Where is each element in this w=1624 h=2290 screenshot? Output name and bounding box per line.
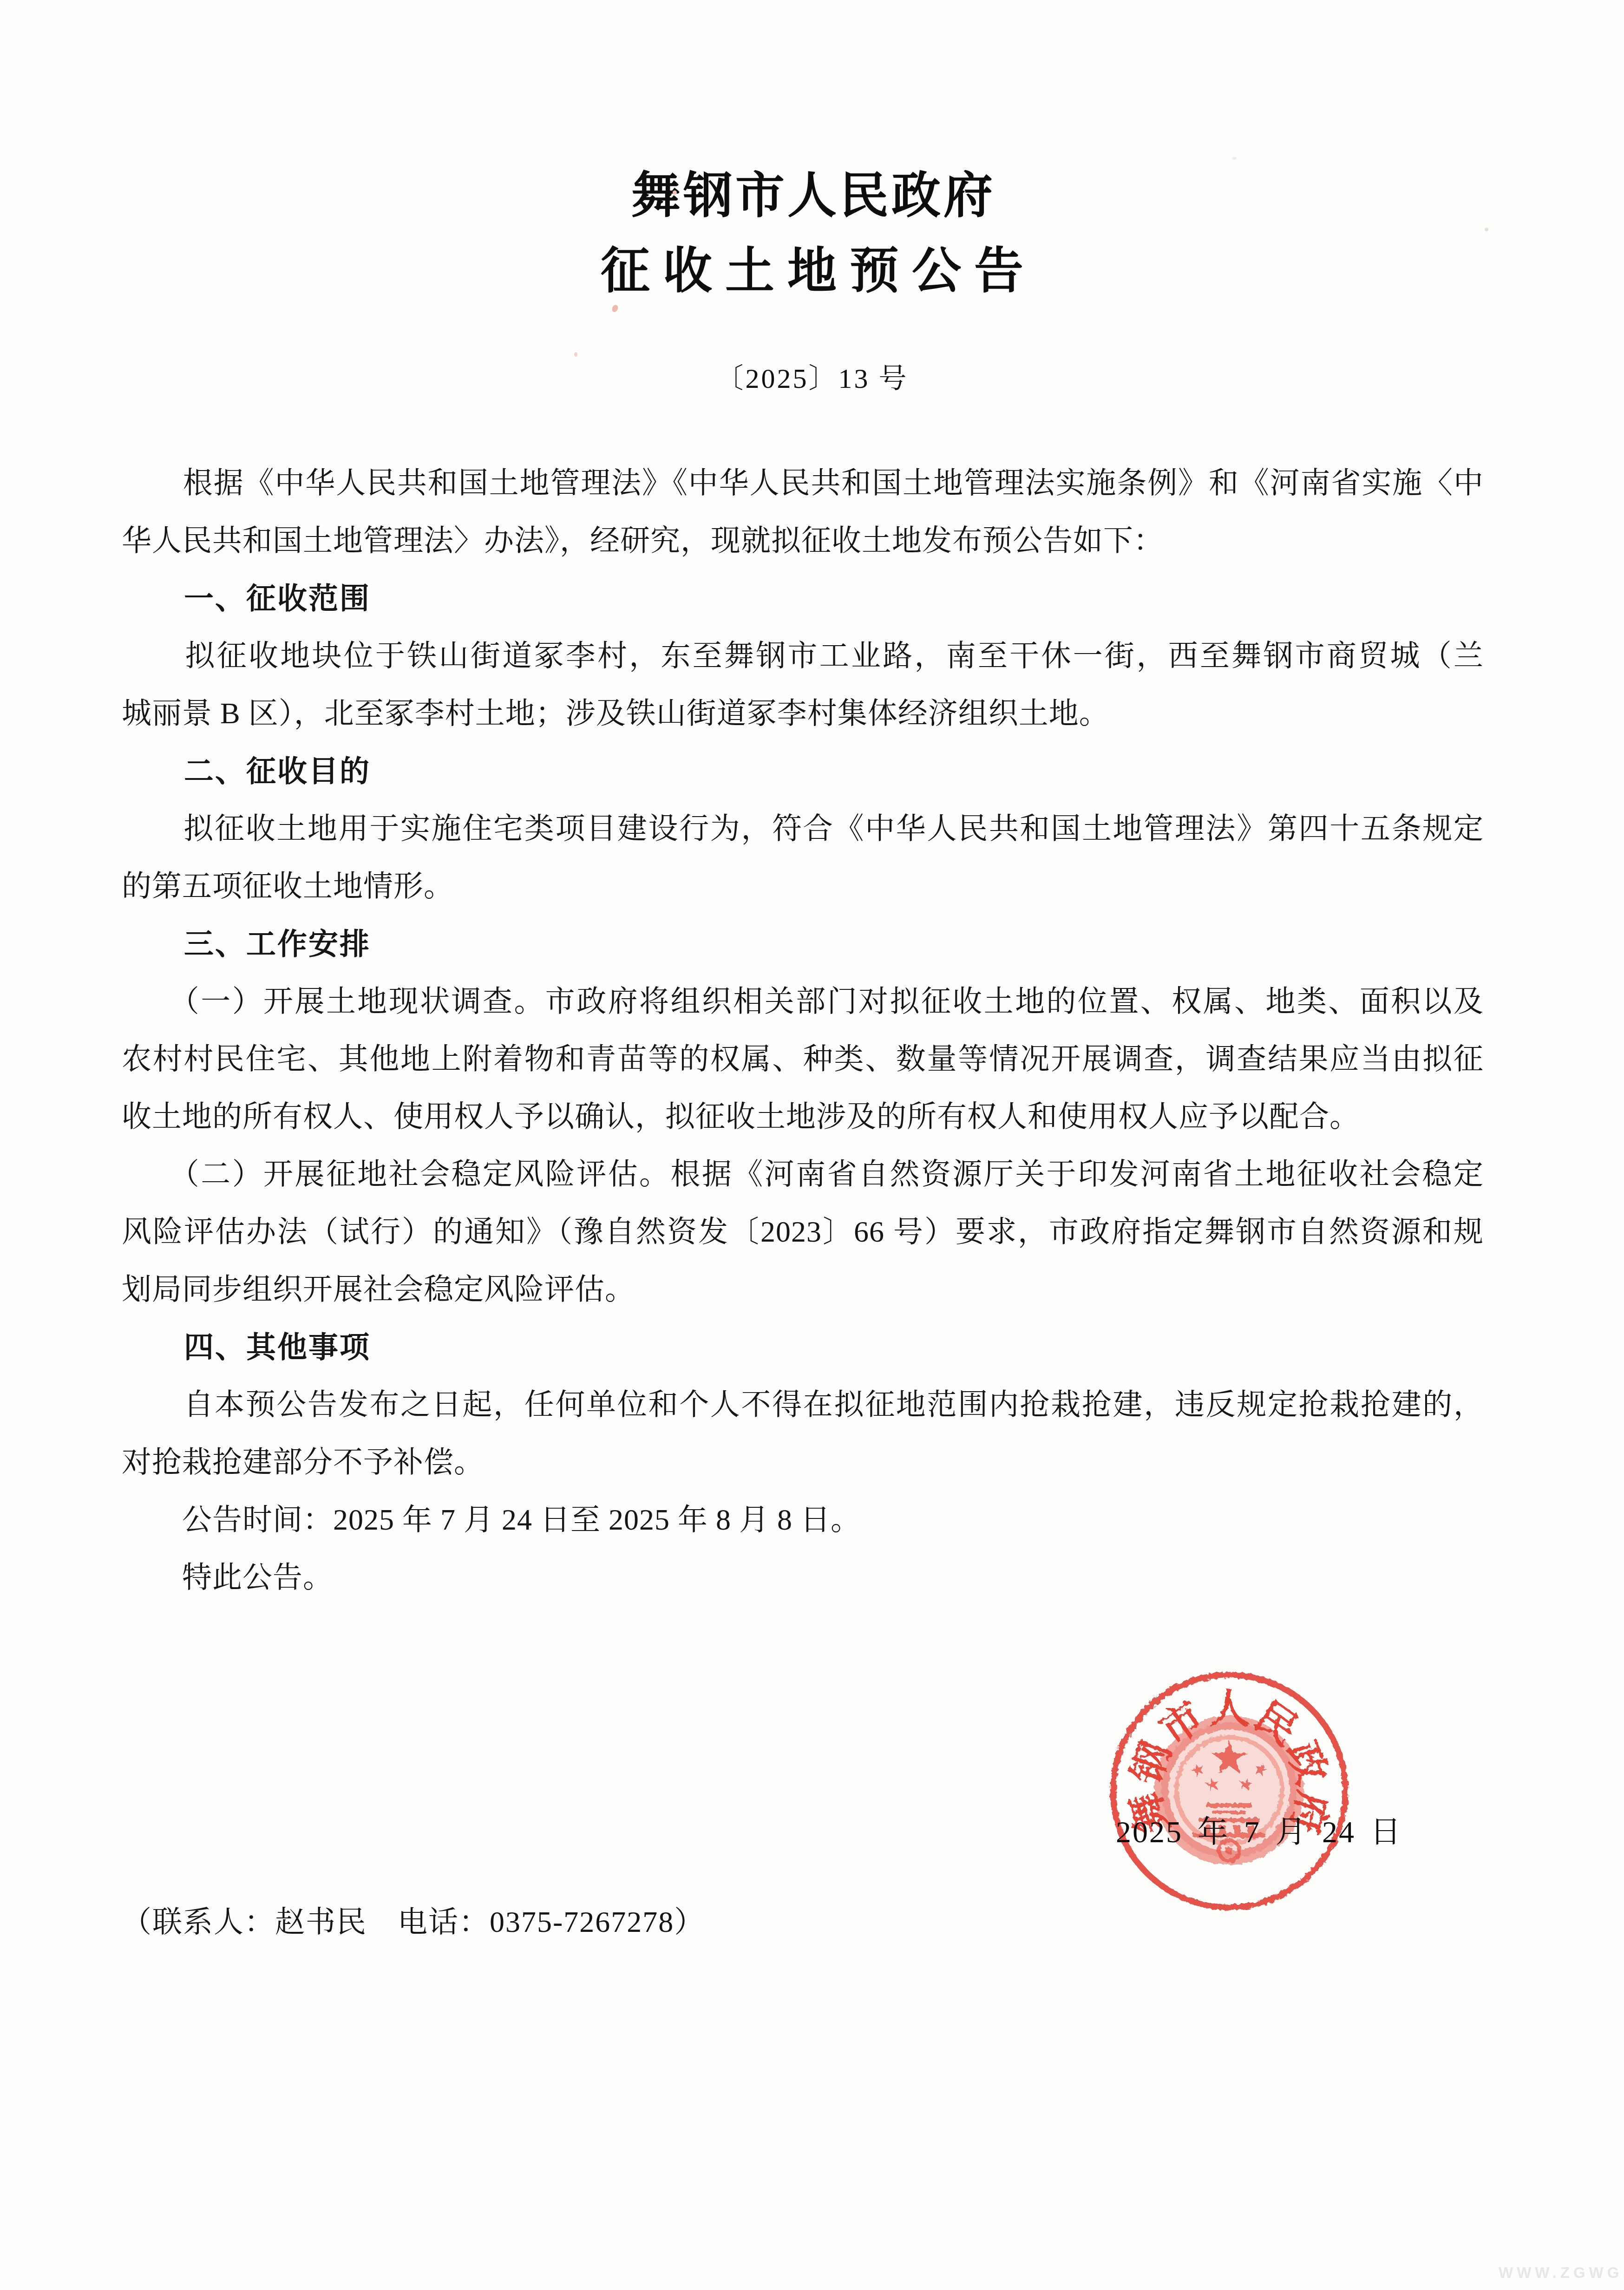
body-line: 的第五项征收土地情形。: [122, 857, 1484, 915]
body-line: 划局同步组织开展社会稳定风险评估。: [122, 1261, 1484, 1318]
issue-date: 2025 年 7 月 24 日: [1116, 1815, 1402, 1850]
page-title: 舞钢市人民政府: [0, 164, 1624, 229]
official-seal: 舞钢市人民政府: [1106, 1668, 1353, 1915]
website-watermark: WWW.ZGWG.GOV.CN: [1499, 2264, 1624, 2282]
page-subtitle: 征收土地预公告: [0, 239, 1624, 304]
scan-speck: [1485, 228, 1488, 231]
section-heading: 四、其他事项: [122, 1318, 1484, 1376]
body-line: 特此公告。: [122, 1549, 1484, 1606]
contact-info: （联系人：赵书民 电话：0375-7267278）: [122, 1893, 705, 1951]
scan-speck: [673, 190, 677, 195]
body-line: 城丽景 B 区），北至冢李村土地；涉及铁山街道冢李村集体经济组织土地。: [122, 685, 1484, 742]
body-line: 拟征收土地用于实施住宅类项目建设行为，符合《中华人民共和国土地管理法》第四十五条…: [122, 800, 1484, 857]
body-line: 华人民共和国土地管理法〉办法》，经研究，现就拟征收土地发布预公告如下：: [122, 512, 1484, 569]
scan-speck: [611, 304, 619, 313]
body-line: （二）开展征地社会稳定风险评估。根据《河南省自然资源厅关于印发河南省土地征收社会…: [122, 1145, 1484, 1203]
body-line: 对抢栽抢建部分不予补偿。: [122, 1433, 1484, 1491]
body-line: 自本预公告发布之日起，任何单位和个人不得在拟征地范围内抢栽抢建，违反规定抢栽抢建…: [122, 1376, 1484, 1433]
section-heading: 二、征收目的: [122, 742, 1484, 800]
document-number: 〔2025〕13 号: [0, 361, 1624, 396]
scan-speck: [1232, 157, 1237, 160]
document-body: 根据《中华人民共和国土地管理法》《中华人民共和国土地管理法实施条例》和《河南省实…: [122, 454, 1484, 1606]
section-heading: 一、征收范围: [122, 569, 1484, 627]
scan-speck: [574, 352, 577, 357]
body-line: 风险评估办法（试行）的通知》（豫自然资发〔2023〕66 号）要求，市政府指定舞…: [122, 1203, 1484, 1261]
section-heading: 三、工作安排: [122, 915, 1484, 973]
document-page: 舞钢市人民政府 征收土地预公告 〔2025〕13 号 根据《中华人民共和国土地管…: [0, 0, 1624, 2290]
body-line: 收土地的所有权人、使用权人予以确认，拟征收土地涉及的所有权人和使用权人应予以配合…: [122, 1088, 1484, 1145]
body-line: 拟征收地块位于铁山街道冢李村，东至舞钢市工业路，南至干休一街，西至舞钢市商贸城（…: [122, 627, 1484, 685]
body-line: （一）开展土地现状调查。市政府将组织相关部门对拟征收土地的位置、权属、地类、面积…: [122, 973, 1484, 1030]
body-line: 公告时间：2025 年 7 月 24 日至 2025 年 8 月 8 日。: [122, 1491, 1484, 1549]
seal-char: 人: [1209, 1687, 1250, 1732]
body-line: 农村村民住宅、其他地上附着物和青苗等的权属、种类、数量等情况开展调查，调查结果应…: [122, 1030, 1484, 1088]
body-line: 根据《中华人民共和国土地管理法》《中华人民共和国土地管理法实施条例》和《河南省实…: [122, 454, 1484, 512]
